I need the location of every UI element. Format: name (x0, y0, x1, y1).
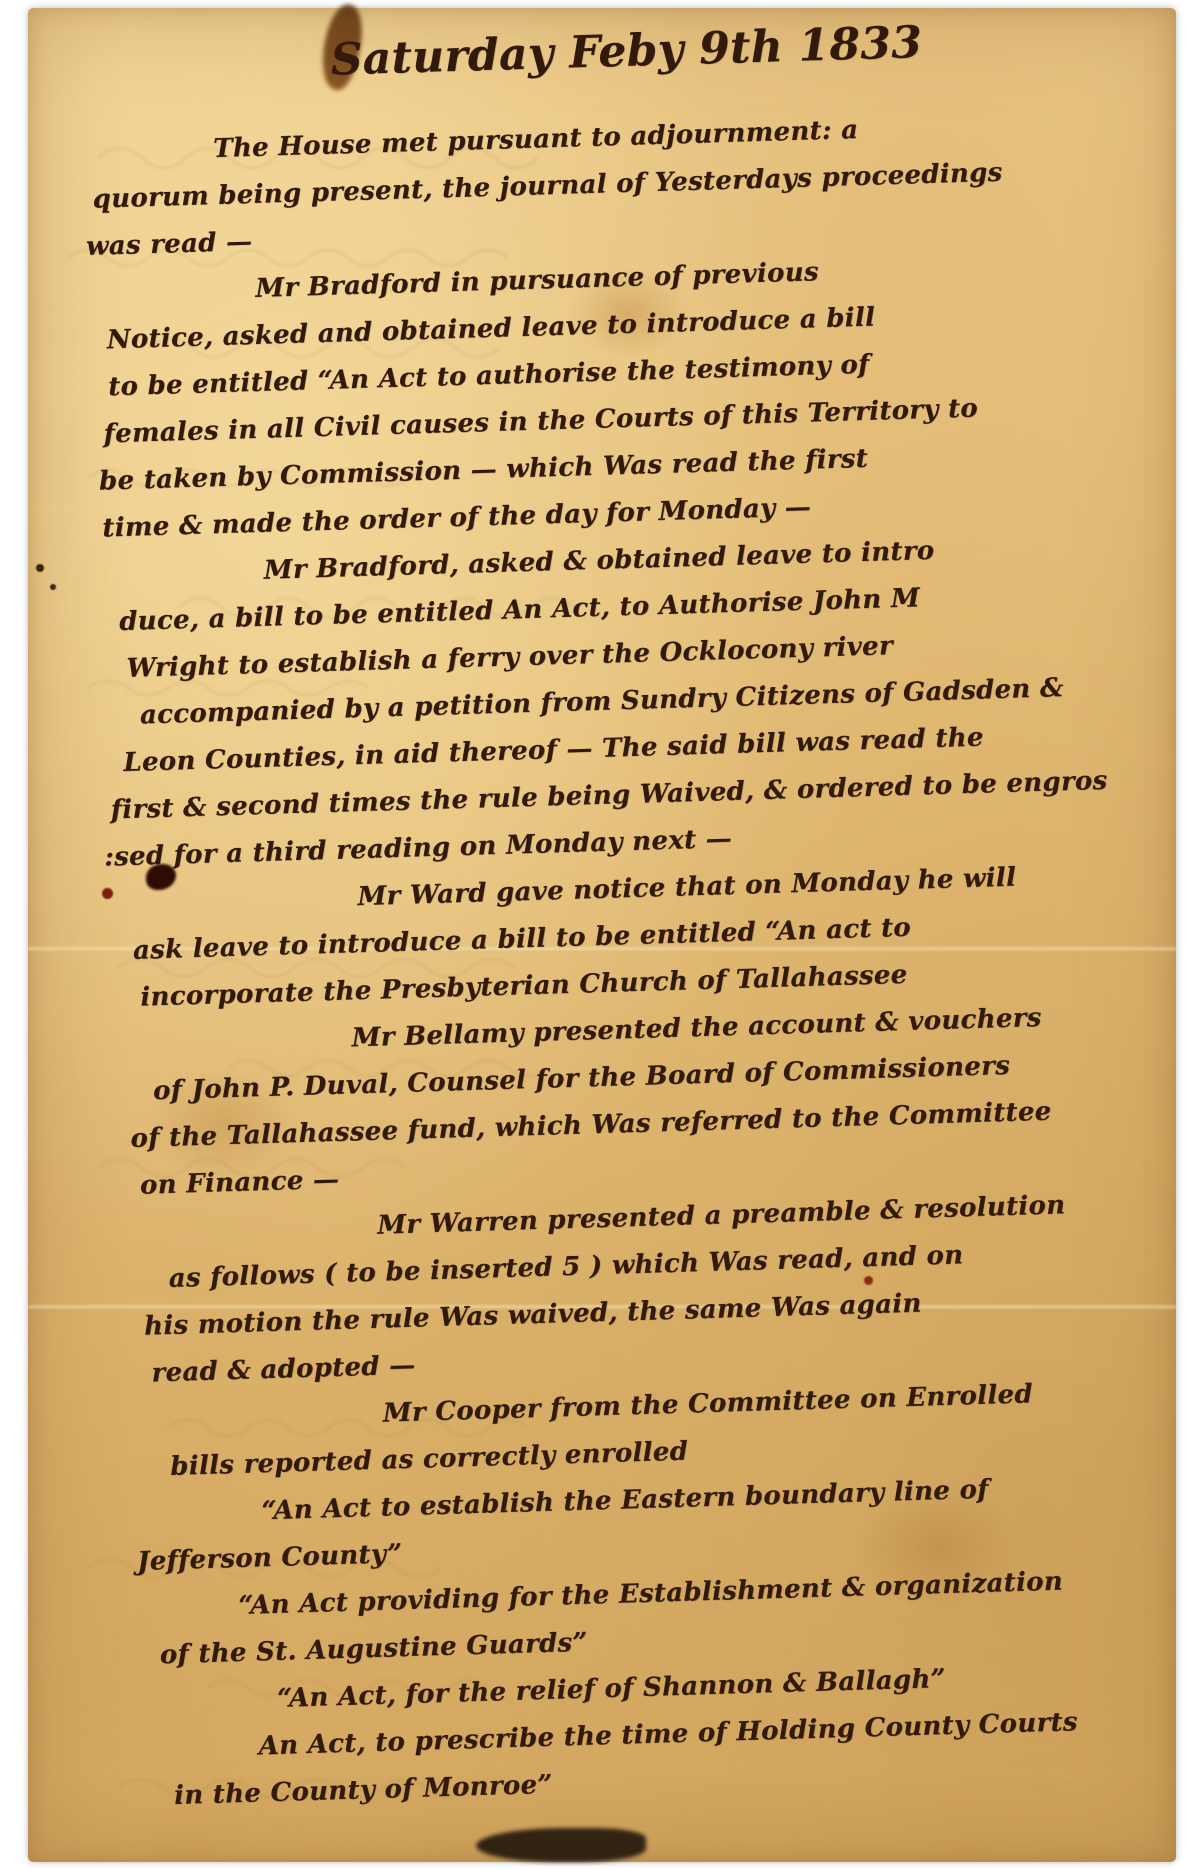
bottom-smudge (476, 1828, 646, 1862)
manuscript-text: Saturday Feby 9th 1833 The House met pur… (80, 12, 1142, 1821)
speck-left-2 (50, 584, 56, 590)
scan-background: Saturday Feby 9th 1833 The House met pur… (0, 0, 1200, 1870)
speck-left-1 (36, 564, 44, 572)
manuscript-paper: Saturday Feby 9th 1833 The House met pur… (28, 8, 1176, 1862)
